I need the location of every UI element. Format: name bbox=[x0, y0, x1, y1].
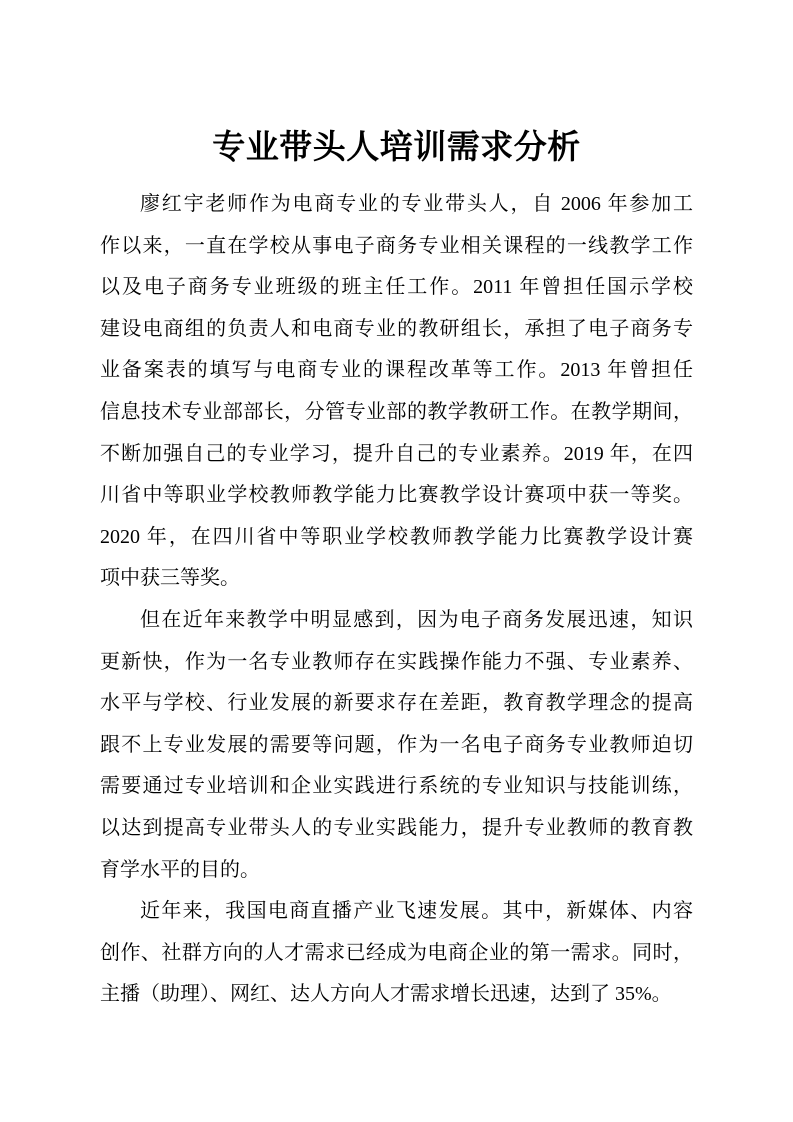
paragraph-1: 廖红宇老师作为电商专业的专业带头人，自 2006 年参加工作以来，一直在学校从事… bbox=[100, 184, 693, 600]
text-line: 创作、社群方向的人才需求已经成为电商企业的第一需求。同时， bbox=[100, 933, 693, 975]
text-line: 以及电子商务专业班级的班主任工作。2011 年曾担任国示学校 bbox=[100, 267, 693, 309]
text-line: 业备案表的填写与电商专业的课程改革等工作。2013 年曾担任 bbox=[100, 350, 693, 392]
text-line: 不断加强自己的专业学习，提升自己的专业素养。2019 年，在四 bbox=[100, 434, 693, 476]
text-line: 需要通过专业培训和企业实践进行系统的专业知识与技能训练， bbox=[100, 766, 693, 808]
text-line: 主播（助理）、网红、达人方向人才需求增长迅速，达到了 35%。 bbox=[100, 974, 693, 1016]
text-line: 项中获三等奖。 bbox=[100, 558, 693, 600]
text-line: 作以来，一直在学校从事电子商务专业相关课程的一线教学工作 bbox=[100, 226, 693, 268]
text-line: 更新快，作为一名专业教师存在实践操作能力不强、专业素养、 bbox=[100, 642, 693, 684]
text-line: 近年来，我国电商直播产业飞速发展。其中，新媒体、内容 bbox=[100, 891, 693, 933]
text-line: 廖红宇老师作为电商专业的专业带头人，自 2006 年参加工 bbox=[100, 184, 693, 226]
document-body: 廖红宇老师作为电商专业的专业带头人，自 2006 年参加工作以来，一直在学校从事… bbox=[100, 184, 693, 1016]
paragraph-2: 但在近年来教学中明显感到，因为电子商务发展迅速，知识更新快，作为一名专业教师存在… bbox=[100, 600, 693, 891]
text-line: 跟不上专业发展的需要等问题，作为一名电子商务专业教师迫切 bbox=[100, 725, 693, 767]
text-line: 育学水平的目的。 bbox=[100, 850, 693, 892]
paragraph-3: 近年来，我国电商直播产业飞速发展。其中，新媒体、内容创作、社群方向的人才需求已经… bbox=[100, 891, 693, 1016]
text-line: 信息技术专业部部长，分管专业部的教学教研工作。在教学期间， bbox=[100, 392, 693, 434]
text-line: 川省中等职业学校教师教学能力比赛教学设计赛项中获一等奖。 bbox=[100, 475, 693, 517]
text-line: 建设电商组的负责人和电商专业的教研组长，承担了电子商务专 bbox=[100, 309, 693, 351]
text-line: 但在近年来教学中明显感到，因为电子商务发展迅速，知识 bbox=[100, 600, 693, 642]
text-line: 以达到提高专业带头人的专业实践能力，提升专业教师的教育教 bbox=[100, 808, 693, 850]
document-page: 专业带头人培训需求分析 廖红宇老师作为电商专业的专业带头人，自 2006 年参加… bbox=[0, 0, 793, 1122]
text-line: 水平与学校、行业发展的新要求存在差距，教育教学理念的提高 bbox=[100, 683, 693, 725]
document-title: 专业带头人培训需求分析 bbox=[100, 127, 693, 170]
text-line: 2020 年，在四川省中等职业学校教师教学能力比赛教学设计赛 bbox=[100, 517, 693, 559]
